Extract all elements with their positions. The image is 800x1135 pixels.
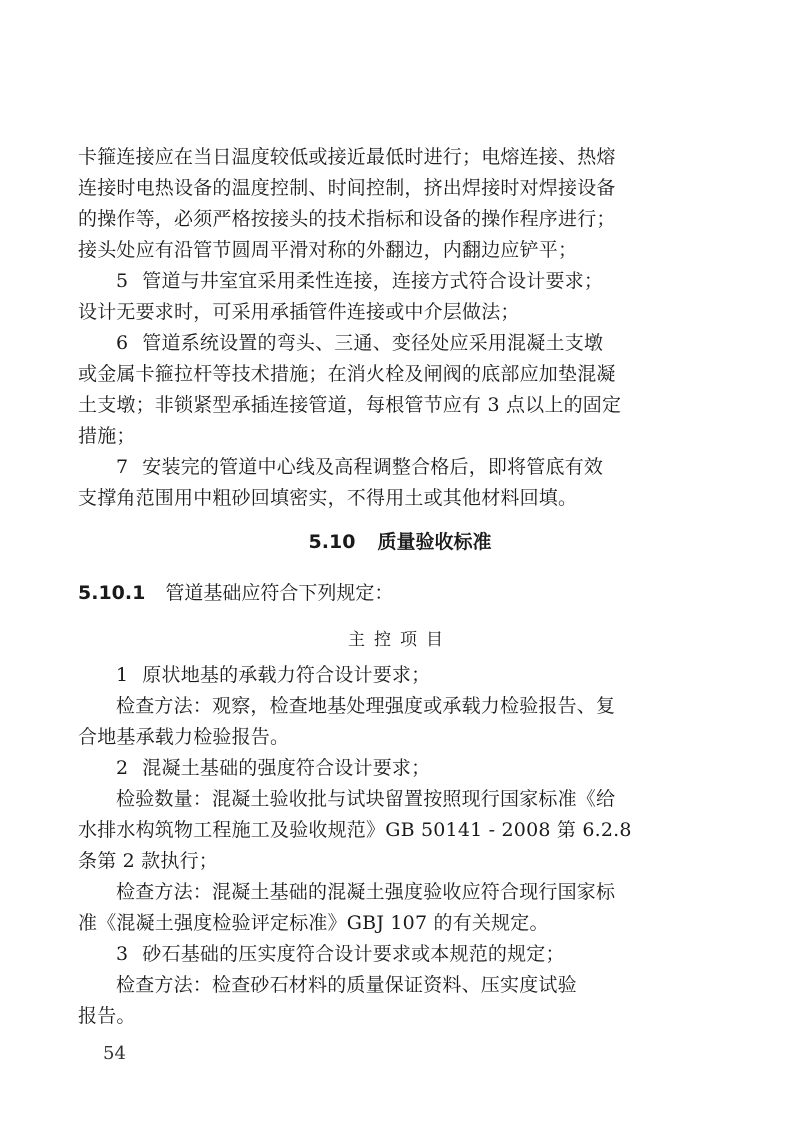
paragraph-line: 连接时电热设备的温度控制、时间控制，挤出焊接时对焊接设备 [78, 173, 728, 204]
section-title-text: 质量验收标准 [377, 531, 491, 553]
item-text: 管道系统设置的弯头、三通、变径处应采用混凝土支墩 [142, 332, 603, 354]
paragraph-line: 卡箍连接应在当日温度较低或接近最低时进行；电熔连接、热熔 [78, 142, 728, 173]
paragraph-line: 合地基承载力检验报告。 [78, 722, 738, 753]
clause-text: 管道基础应符合下列规定： [165, 582, 393, 604]
inspection-quantity: 检验数量：混凝土验收批与试块留置按照现行国家标准《给 [78, 784, 738, 815]
paragraph-line: 报告。 [78, 1001, 738, 1032]
item-number: 2 [116, 753, 128, 784]
paragraph-line: 或金属卡箍拉杆等技术措施；在消火栓及闸阀的底部应加垫混凝 [78, 359, 728, 390]
item-text: 砂石基础的压实度符合设计要求或本规范的规定； [142, 943, 564, 965]
list-item-1: 1原状地基的承载力符合设计要求； [78, 660, 738, 691]
item-number: 7 [116, 452, 128, 483]
list-item-7: 7安装完的管道中心线及高程调整合格后，即将管底有效 [78, 452, 728, 483]
item-text: 混凝土基础的强度符合设计要求； [142, 757, 430, 779]
paragraph-line: 设计无要求时，可采用承插管件连接或中介层做法； [78, 297, 728, 328]
list-item-5: 5管道与井室宜采用柔性连接，连接方式符合设计要求； [78, 266, 728, 297]
item-text: 管道与井室宜采用柔性连接，连接方式符合设计要求； [142, 270, 603, 292]
list-item-6: 6管道系统设置的弯头、三通、变径处应采用混凝土支墩 [78, 328, 728, 359]
section-number: 5.10 [309, 531, 356, 553]
paragraph-line: 支撑角范围用中粗砂回填密实，不得用土或其他材料回填。 [78, 483, 728, 514]
item-number: 6 [116, 328, 128, 359]
paragraph-line: 准《混凝土强度检验评定标准》GBJ 107 的有关规定。 [78, 908, 738, 939]
inspection-method: 检查方法：检查砂石材料的质量保证资料、压实度试验 [78, 970, 738, 1001]
paragraph-line: 条第 2 款执行； [78, 846, 738, 877]
clause-number: 5.10.1 [78, 582, 145, 604]
item-number: 1 [116, 660, 128, 691]
inspection-method: 检查方法：观察，检查地基处理强度或承载力检验报告、复 [78, 691, 738, 722]
item-text: 安装完的管道中心线及高程调整合格后，即将管底有效 [142, 456, 603, 478]
subheading-main-control-items: 主控项目 [0, 625, 800, 650]
list-item-3: 3砂石基础的压实度符合设计要求或本规范的规定； [78, 939, 738, 970]
item-text: 原状地基的承载力符合设计要求； [142, 664, 430, 686]
paragraph-line: 的操作等，必须严格按接头的技术指标和设备的操作程序进行； [78, 204, 728, 235]
section-heading: 5.10质量验收标准 [0, 527, 800, 554]
paragraph-line: 接头处应有沿管节圆周平滑对称的外翻边，内翻边应铲平； [78, 235, 728, 266]
body-text-top: 卡箍连接应在当日温度较低或接近最低时进行；电熔连接、热熔 连接时电热设备的温度控… [78, 142, 728, 514]
page-number: 54 [103, 1043, 126, 1064]
body-text-items: 1原状地基的承载力符合设计要求； 检查方法：观察，检查地基处理强度或承载力检验报… [78, 660, 738, 1032]
paragraph-line: 措施； [78, 421, 728, 452]
paragraph-line: 水排水构筑物工程施工及验收规范》GB 50141 - 2008 第 6.2.8 [78, 815, 738, 846]
clause-heading: 5.10.1管道基础应符合下列规定： [78, 578, 393, 605]
list-item-2: 2混凝土基础的强度符合设计要求； [78, 753, 738, 784]
item-number: 5 [116, 266, 128, 297]
paragraph-line: 土支墩；非锁紧型承插连接管道，每根管节应有 3 点以上的固定 [78, 390, 728, 421]
inspection-method: 检查方法：混凝土基础的混凝土强度验收应符合现行国家标 [78, 877, 738, 908]
item-number: 3 [116, 939, 128, 970]
